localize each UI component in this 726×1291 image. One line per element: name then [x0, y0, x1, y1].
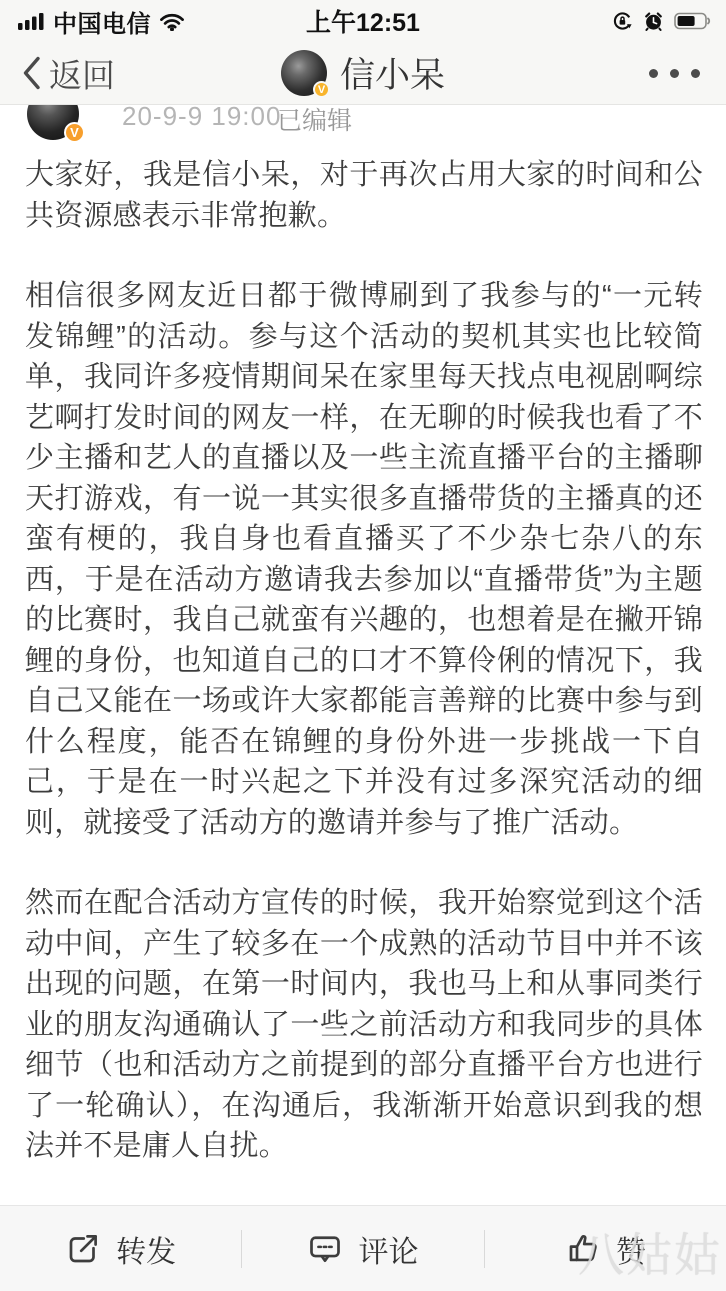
post-paragraph: 大家好，我是信小呆，对于再次占用大家的时间和公共资源感表示非常抱歉。	[25, 155, 703, 236]
more-dot	[670, 69, 679, 78]
rotation-lock-icon	[612, 11, 633, 32]
alarm-icon	[643, 11, 664, 32]
post-timestamp: 20-9-9 19:00	[122, 101, 281, 132]
verified-badge-icon: V	[64, 122, 85, 143]
comment-button[interactable]: 评论	[242, 1206, 483, 1291]
back-button[interactable]: 返回	[22, 50, 115, 97]
nav-bar: 返回 V 信小呆	[0, 42, 726, 104]
app-header: 中国电信 上午12:51	[0, 0, 726, 105]
more-button[interactable]	[649, 69, 700, 78]
like-button[interactable]: 赞	[485, 1206, 726, 1291]
weibo-post-detail-screen: V 20-9-9 19:00 已编辑 中国电信	[0, 0, 726, 1291]
post-paragraph: 然而在配合活动方宣传的时候，我开始察觉到这个活动中间，产生了较多在一个成熟的活动…	[25, 883, 703, 1167]
back-chevron-icon	[22, 56, 41, 90]
repost-icon	[65, 1231, 101, 1267]
nav-avatar: V	[281, 50, 327, 96]
action-toolbar: 转发 评论 赞	[0, 1205, 726, 1291]
repost-label: 转发	[116, 1227, 176, 1271]
verified-badge-icon: V	[313, 81, 330, 98]
repost-button[interactable]: 转发	[0, 1206, 241, 1291]
status-bar-right	[612, 0, 712, 42]
comment-label: 评论	[358, 1227, 418, 1271]
post-paragraph: 相信很多网友近日都于微博刷到了我参与的“一元转发锦鲤”的活动。参与这个活动的契机…	[25, 276, 703, 843]
post-body: 大家好，我是信小呆，对于再次占用大家的时间和公共资源感表示非常抱歉。 相信很多网…	[25, 155, 703, 1207]
more-dot	[691, 69, 700, 78]
battery-icon	[674, 12, 712, 30]
back-label: 返回	[49, 50, 115, 97]
like-label: 赞	[616, 1227, 646, 1271]
like-icon	[565, 1231, 601, 1267]
nav-title-group[interactable]: V 信小呆	[281, 48, 445, 98]
status-bar: 中国电信 上午12:51	[0, 0, 726, 42]
post-edited-label: 已编辑	[277, 101, 352, 137]
more-dot	[649, 69, 658, 78]
page-title: 信小呆	[340, 48, 445, 98]
comment-icon	[307, 1231, 343, 1267]
